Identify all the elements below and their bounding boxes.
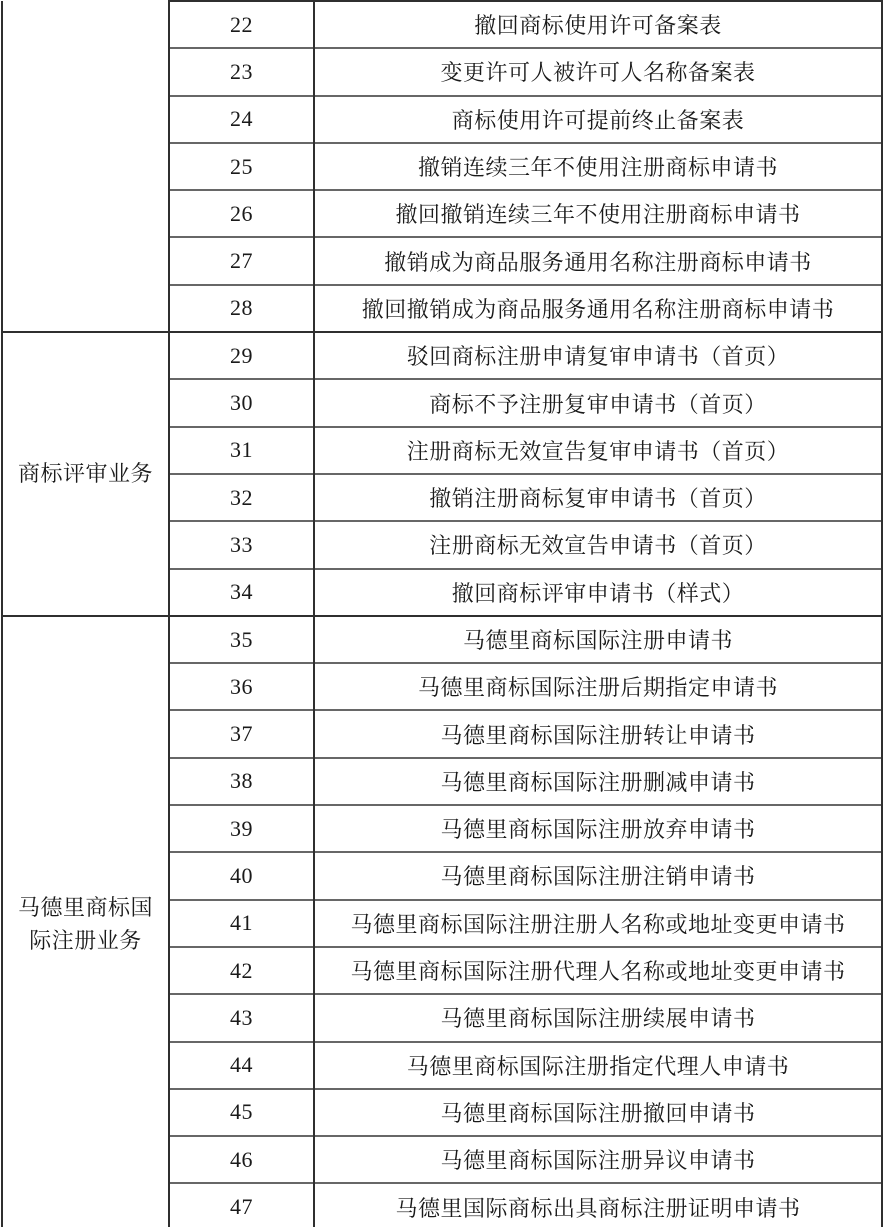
form-number-cell: 33: [169, 521, 314, 568]
form-number-cell: 23: [169, 48, 314, 95]
form-name-cell: 撤回商标使用许可备案表: [314, 1, 882, 48]
form-name-cell: 撤销成为商品服务通用名称注册商标申请书: [314, 237, 882, 284]
form-name-cell: 马德里商标国际注册代理人名称或地址变更申请书: [314, 947, 882, 994]
form-number-cell: 45: [169, 1089, 314, 1136]
form-number-cell: 28: [169, 285, 314, 332]
form-name-cell: 马德里商标国际注册注销申请书: [314, 852, 882, 899]
form-number-cell: 47: [169, 1183, 314, 1227]
form-name-cell: 马德里商标国际注册指定代理人申请书: [314, 1042, 882, 1089]
form-number-cell: 30: [169, 379, 314, 426]
form-name-cell: 马德里商标国际注册转让申请书: [314, 710, 882, 757]
form-number-cell: 43: [169, 994, 314, 1041]
form-number-cell: 25: [169, 143, 314, 190]
category-label: 商标评审业务: [18, 457, 153, 490]
form-name-cell: 驳回商标注册申请复审申请书（首页）: [314, 332, 882, 379]
form-number-cell: 32: [169, 474, 314, 521]
form-name-cell: 马德里商标国际注册删减申请书: [314, 758, 882, 805]
form-number-cell: 26: [169, 190, 314, 237]
form-number-cell: 46: [169, 1136, 314, 1183]
table-row: 马德里商标国际注册业务35马德里商标国际注册申请书: [2, 616, 882, 663]
form-number-cell: 40: [169, 852, 314, 899]
category-cell: 马德里商标国际注册业务: [2, 616, 169, 1227]
form-name-cell: 商标不予注册复审申请书（首页）: [314, 379, 882, 426]
form-number-cell: 37: [169, 710, 314, 757]
table-row: 22撤回商标使用许可备案表: [2, 1, 882, 48]
form-name-cell: 马德里商标国际注册注册人名称或地址变更申请书: [314, 900, 882, 947]
form-number-cell: 41: [169, 900, 314, 947]
form-number-cell: 31: [169, 427, 314, 474]
form-number-cell: 39: [169, 805, 314, 852]
form-name-cell: 撤回撤销成为商品服务通用名称注册商标申请书: [314, 285, 882, 332]
form-name-cell: 马德里国际商标出具商标注册证明申请书: [314, 1183, 882, 1227]
forms-table-body: 22撤回商标使用许可备案表23变更许可人被许可人名称备案表24商标使用许可提前终…: [2, 1, 882, 1227]
form-name-cell: 撤销注册商标复审申请书（首页）: [314, 474, 882, 521]
form-name-cell: 马德里商标国际注册放弃申请书: [314, 805, 882, 852]
forms-table: 22撤回商标使用许可备案表23变更许可人被许可人名称备案表24商标使用许可提前终…: [1, 0, 883, 1227]
form-number-cell: 22: [169, 1, 314, 48]
form-name-cell: 撤销连续三年不使用注册商标申请书: [314, 143, 882, 190]
form-number-cell: 36: [169, 663, 314, 710]
category-label: 马德里商标国际注册业务: [16, 891, 155, 957]
category-cell: [2, 1, 169, 332]
form-number-cell: 34: [169, 569, 314, 616]
form-name-cell: 马德里商标国际注册续展申请书: [314, 994, 882, 1041]
form-name-cell: 注册商标无效宣告复审申请书（首页）: [314, 427, 882, 474]
document-page: 22撤回商标使用许可备案表23变更许可人被许可人名称备案表24商标使用许可提前终…: [0, 0, 884, 1227]
form-number-cell: 24: [169, 96, 314, 143]
form-name-cell: 变更许可人被许可人名称备案表: [314, 48, 882, 95]
form-number-cell: 35: [169, 616, 314, 663]
form-name-cell: 撤回商标评审申请书（样式）: [314, 569, 882, 616]
table-row: 商标评审业务29驳回商标注册申请复审申请书（首页）: [2, 332, 882, 379]
category-cell: 商标评审业务: [2, 332, 169, 616]
form-name-cell: 马德里商标国际注册后期指定申请书: [314, 663, 882, 710]
form-number-cell: 29: [169, 332, 314, 379]
form-number-cell: 44: [169, 1042, 314, 1089]
form-name-cell: 马德里商标国际注册申请书: [314, 616, 882, 663]
form-name-cell: 马德里商标国际注册异议申请书: [314, 1136, 882, 1183]
form-name-cell: 商标使用许可提前终止备案表: [314, 96, 882, 143]
form-number-cell: 38: [169, 758, 314, 805]
form-name-cell: 注册商标无效宣告申请书（首页）: [314, 521, 882, 568]
form-name-cell: 撤回撤销连续三年不使用注册商标申请书: [314, 190, 882, 237]
form-name-cell: 马德里商标国际注册撤回申请书: [314, 1089, 882, 1136]
form-number-cell: 42: [169, 947, 314, 994]
form-number-cell: 27: [169, 237, 314, 284]
